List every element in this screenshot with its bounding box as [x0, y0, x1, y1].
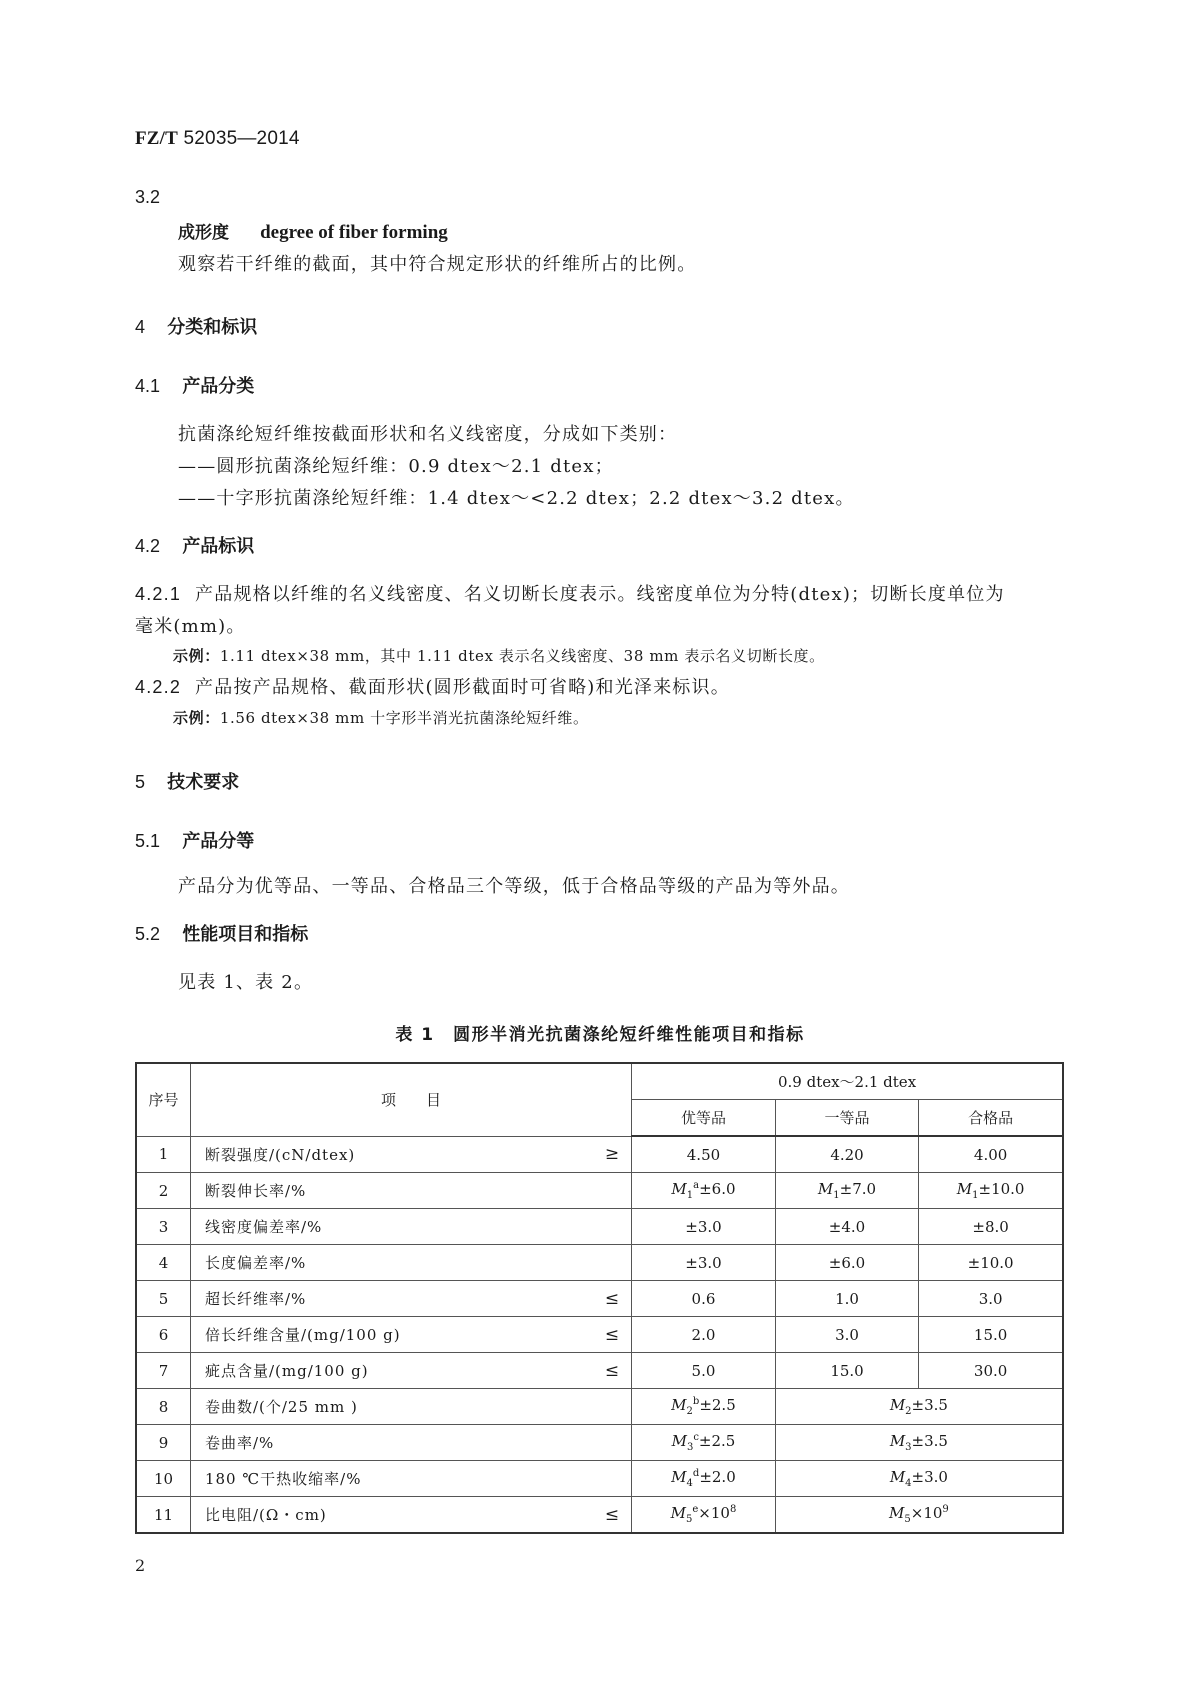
value-qualified: 15.0 [919, 1317, 1063, 1353]
value-premium: 0.6 [632, 1281, 776, 1317]
row-number: 4 [136, 1245, 190, 1281]
col-header-premium: 优等品 [632, 1100, 776, 1137]
item-label: 比电阻/(Ω・cm) [205, 1506, 327, 1524]
table-reference: 见表 1、表 2。 [178, 968, 313, 994]
value-first-and-qualified: M5×109 [775, 1497, 1063, 1534]
value-qualified: M1±10.0 [919, 1173, 1063, 1209]
col-header-no: 序号 [136, 1063, 190, 1136]
relation-symbol: ≤ [605, 1505, 619, 1525]
term-english: degree of fiber forming [260, 222, 448, 243]
example-note: 示例：1.11 dtex×38 mm，其中 1.11 dtex 表示名义线密度、… [173, 645, 825, 666]
value-first-grade: 15.0 [775, 1353, 918, 1389]
relation-symbol: ≥ [605, 1144, 619, 1164]
relation-symbol: ≤ [605, 1289, 619, 1309]
value-first-grade: 3.0 [775, 1317, 918, 1353]
example-text: 1.11 dtex×38 mm，其中 1.11 dtex 表示名义线密度、38 … [220, 647, 825, 665]
row-item: 180 ℃干热收缩率/% [190, 1461, 631, 1497]
value-premium: M3c±2.5 [632, 1425, 776, 1461]
col-header-qualified: 合格品 [919, 1100, 1063, 1137]
row-item: 倍长纤维含量/(mg/100 g)≤ [190, 1317, 631, 1353]
section-5-2-heading: 5.2 性能项目和指标 [135, 920, 308, 946]
value-first-and-qualified: M3±3.5 [775, 1425, 1063, 1461]
table-title: 表 1 圆形半消光抗菌涤纶短纤维性能项目和指标 [0, 1020, 1200, 1045]
row-number: 10 [136, 1461, 190, 1497]
item-label: 倍长纤维含量/(mg/100 g) [205, 1326, 401, 1344]
section-title: 产品标识 [182, 536, 254, 557]
term-entry: 成形度 degree of fiber forming [178, 218, 448, 244]
table-row: 4 长度偏差率/% ±3.0 ±6.0 ±10.0 [136, 1245, 1063, 1281]
row-number: 6 [136, 1317, 190, 1353]
section-number: 4.1 [135, 376, 160, 396]
value-qualified: ±10.0 [919, 1245, 1063, 1281]
value-premium: M1a±6.0 [632, 1173, 776, 1209]
value-first-grade: 4.20 [775, 1136, 918, 1173]
classification-item: ——圆形抗菌涤纶短纤维：0.9 dtex～2.1 dtex； [178, 452, 614, 478]
item-label: 断裂强度/(cN/dtex) [205, 1146, 355, 1164]
row-number: 8 [136, 1389, 190, 1425]
page-number: 2 [135, 1556, 145, 1575]
table-row: 3 线密度偏差率/% ±3.0 ±4.0 ±8.0 [136, 1209, 1063, 1245]
value-premium: 2.0 [632, 1317, 776, 1353]
relation-symbol: ≤ [605, 1325, 619, 1345]
section-title: 产品分类 [182, 376, 254, 397]
classification-intro: 抗菌涤纶短纤维按截面形状和名义线密度，分成如下类别： [178, 420, 677, 446]
value-premium: ±3.0 [632, 1209, 776, 1245]
col-header-item: 项 目 [190, 1063, 631, 1136]
table-row: 7 疵点含量/(mg/100 g)≤ 5.0 15.0 30.0 [136, 1353, 1063, 1389]
clause-number: 4.2.1 [135, 584, 181, 604]
value-first-grade: M1±7.0 [775, 1173, 918, 1209]
table-row: 2 断裂伸长率/% M1a±6.0 M1±7.0 M1±10.0 [136, 1173, 1063, 1209]
row-item: 断裂伸长率/% [190, 1173, 631, 1209]
value-qualified: 30.0 [919, 1353, 1063, 1389]
value-qualified: 3.0 [919, 1281, 1063, 1317]
col-header-range: 0.9 dtex～2.1 dtex [632, 1063, 1063, 1100]
table-row: 5 超长纤维率/%≤ 0.6 1.0 3.0 [136, 1281, 1063, 1317]
value-first-grade: ±4.0 [775, 1209, 918, 1245]
item-label: 180 ℃干热收缩率/% [205, 1470, 362, 1488]
standard-prefix: FZ/T [135, 128, 178, 149]
value-premium: M5e×108 [632, 1497, 776, 1534]
grading-text: 产品分为优等品、一等品、合格品三个等级，低于合格品等级的产品为等外品。 [178, 872, 850, 898]
section-title: 技术要求 [167, 772, 239, 793]
section-4-heading: 4 分类和标识 [135, 313, 257, 339]
row-item: 比电阻/(Ω・cm)≤ [190, 1497, 631, 1534]
value-premium: M4d±2.0 [632, 1461, 776, 1497]
value-first-grade: 1.0 [775, 1281, 918, 1317]
value-premium: M2b±2.5 [632, 1389, 776, 1425]
classification-item: ——十字形抗菌涤纶短纤维：1.4 dtex～<2.2 dtex；2.2 dtex… [178, 484, 855, 510]
section-title: 性能项目和指标 [182, 924, 308, 945]
clause-text-continued: 毫米(mm)。 [135, 612, 246, 638]
item-label: 超长纤维率/% [205, 1290, 306, 1308]
relation-symbol: ≤ [605, 1361, 619, 1381]
section-4-2-heading: 4.2 产品标识 [135, 532, 254, 558]
standard-code: FZ/T 52035—2014 [135, 128, 300, 150]
clause-text: 产品规格以纤维的名义线密度、名义切断长度表示。线密度单位为分特(dtex)；切断… [195, 584, 1005, 605]
spec-table: 序号 项 目 0.9 dtex～2.1 dtex 优等品 一等品 合格品 1 断… [135, 1062, 1064, 1534]
item-label: 长度偏差率/% [205, 1254, 306, 1272]
item-label: 卷曲率/% [205, 1434, 274, 1452]
row-item: 疵点含量/(mg/100 g)≤ [190, 1353, 631, 1389]
value-first-and-qualified: M4±3.0 [775, 1461, 1063, 1497]
term-definition: 观察若干纤维的截面，其中符合规定形状的纤维所占的比例。 [178, 250, 696, 276]
example-note: 示例：1.56 dtex×38 mm 十字形半消光抗菌涤纶短纤维。 [173, 707, 589, 728]
section-number: 4 [135, 317, 145, 337]
standard-number: 52035—2014 [184, 128, 300, 149]
example-label: 示例： [173, 647, 220, 665]
table-row: 11 比电阻/(Ω・cm)≤ M5e×108 M5×109 [136, 1497, 1063, 1534]
item-label: 线密度偏差率/% [205, 1218, 322, 1236]
item-label: 断裂伸长率/% [205, 1182, 306, 1200]
clause-3-2-number: 3.2 [135, 187, 160, 208]
table-row: 8 卷曲数/(个/25 mm ) M2b±2.5 M2±3.5 [136, 1389, 1063, 1425]
row-item: 断裂强度/(cN/dtex)≥ [190, 1136, 631, 1173]
row-item: 卷曲率/% [190, 1425, 631, 1461]
item-label: 疵点含量/(mg/100 g) [205, 1362, 369, 1380]
table-row: 9 卷曲率/% M3c±2.5 M3±3.5 [136, 1425, 1063, 1461]
clause-4-2-2: 4.2.2产品按产品规格、截面形状(圆形截面时可省略)和光泽来标识。 [135, 673, 730, 699]
row-number: 2 [136, 1173, 190, 1209]
example-label: 示例： [173, 709, 220, 727]
value-first-grade: ±6.0 [775, 1245, 918, 1281]
section-title: 分类和标识 [167, 317, 257, 338]
row-number: 1 [136, 1136, 190, 1173]
section-5-heading: 5 技术要求 [135, 768, 239, 794]
row-item: 卷曲数/(个/25 mm ) [190, 1389, 631, 1425]
example-text: 1.56 dtex×38 mm 十字形半消光抗菌涤纶短纤维。 [220, 709, 589, 727]
row-item: 线密度偏差率/% [190, 1209, 631, 1245]
section-4-1-heading: 4.1 产品分类 [135, 372, 254, 398]
table-row: 10 180 ℃干热收缩率/% M4d±2.0 M4±3.0 [136, 1461, 1063, 1497]
value-premium: 4.50 [632, 1136, 776, 1173]
value-premium: ±3.0 [632, 1245, 776, 1281]
section-number: 5.1 [135, 831, 160, 851]
row-item: 长度偏差率/% [190, 1245, 631, 1281]
clause-4-2-1: 4.2.1产品规格以纤维的名义线密度、名义切断长度表示。线密度单位为分特(dte… [135, 580, 1005, 606]
term-chinese: 成形度 [178, 223, 229, 243]
clause-text: 产品按产品规格、截面形状(圆形截面时可省略)和光泽来标识。 [195, 677, 730, 698]
row-item: 超长纤维率/%≤ [190, 1281, 631, 1317]
clause-number: 4.2.2 [135, 677, 181, 697]
table-row: 1 断裂强度/(cN/dtex)≥ 4.50 4.20 4.00 [136, 1136, 1063, 1173]
row-number: 7 [136, 1353, 190, 1389]
item-label: 卷曲数/(个/25 mm ) [205, 1398, 358, 1416]
section-number: 5.2 [135, 924, 160, 944]
row-number: 9 [136, 1425, 190, 1461]
value-premium: 5.0 [632, 1353, 776, 1389]
value-first-and-qualified: M2±3.5 [775, 1389, 1063, 1425]
row-number: 3 [136, 1209, 190, 1245]
table-row: 6 倍长纤维含量/(mg/100 g)≤ 2.0 3.0 15.0 [136, 1317, 1063, 1353]
value-qualified: ±8.0 [919, 1209, 1063, 1245]
section-5-1-heading: 5.1 产品分等 [135, 827, 254, 853]
section-number: 4.2 [135, 536, 160, 556]
col-header-first-grade: 一等品 [775, 1100, 918, 1137]
value-qualified: 4.00 [919, 1136, 1063, 1173]
row-number: 11 [136, 1497, 190, 1534]
section-title: 产品分等 [182, 831, 254, 852]
row-number: 5 [136, 1281, 190, 1317]
section-number: 5 [135, 772, 145, 792]
